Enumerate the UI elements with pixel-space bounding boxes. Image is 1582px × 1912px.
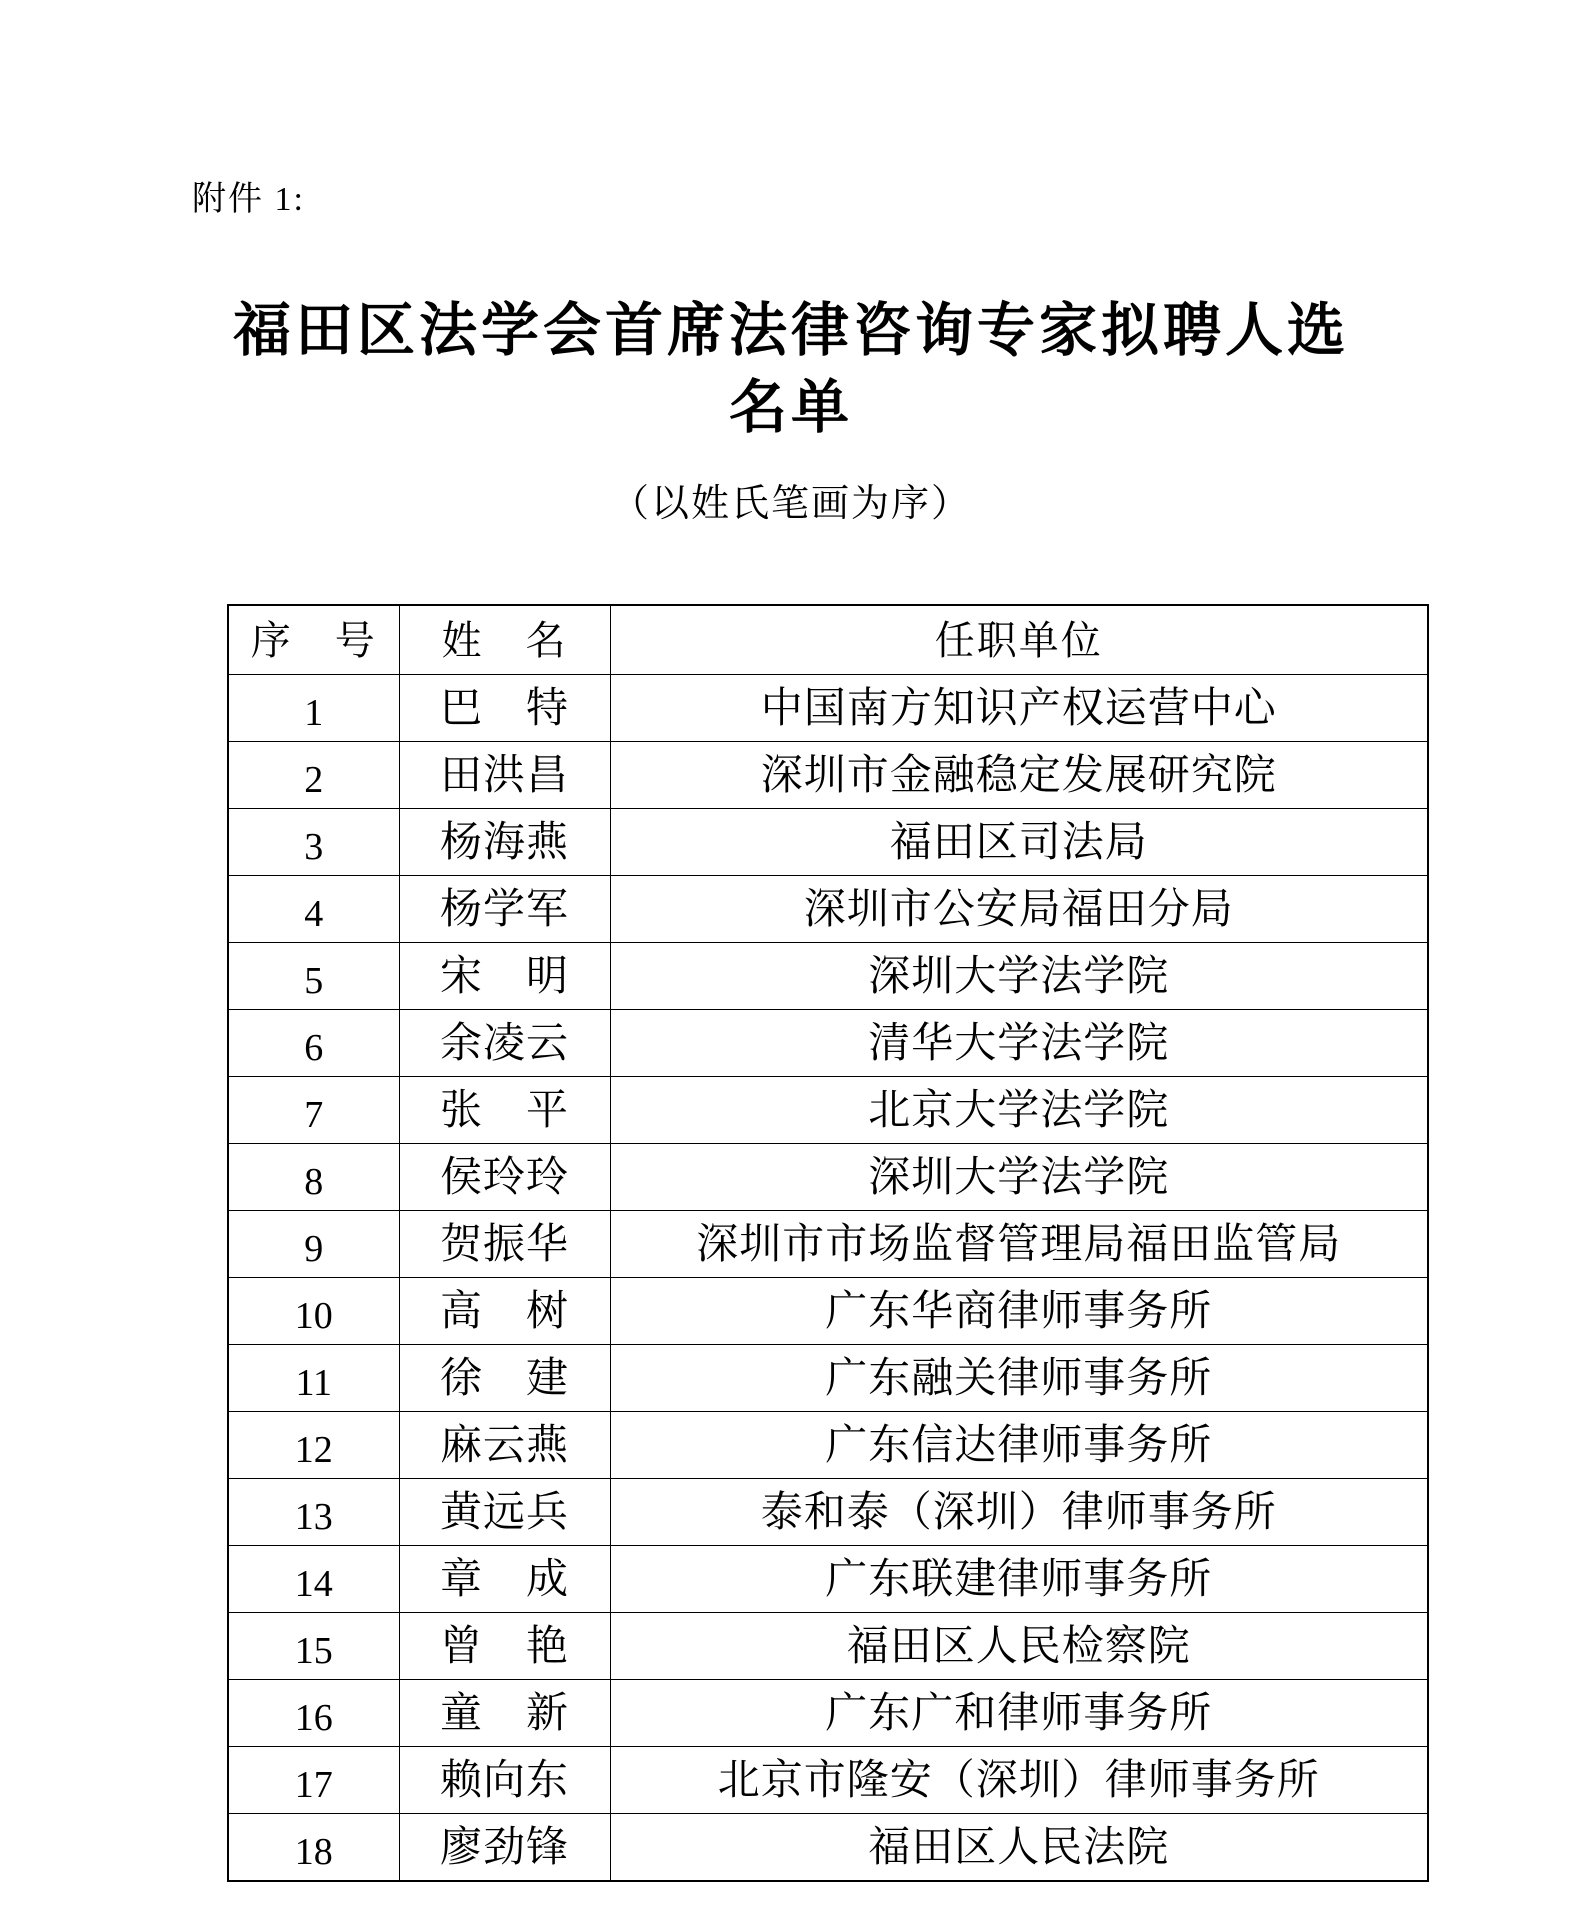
cell-serial-number: 10	[228, 1278, 399, 1345]
cell-serial-number: 18	[228, 1814, 399, 1882]
cell-serial-number: 5	[228, 943, 399, 1010]
document-title-line-1: 福田区法学会首席法律咨询专家拟聘人选	[0, 292, 1582, 369]
table-row: 17 赖向东 北京市隆安（深圳）律师事务所	[228, 1747, 1428, 1814]
cell-name: 余凌云	[399, 1010, 610, 1077]
table-row: 6 余凌云 清华大学法学院	[228, 1010, 1428, 1077]
cell-serial-number: 13	[228, 1479, 399, 1546]
cell-name: 童 新	[399, 1680, 610, 1747]
cell-organization: 北京市隆安（深圳）律师事务所	[610, 1747, 1428, 1814]
table-body: 1 巴 特 中国南方知识产权运营中心 2 田洪昌 深圳市金融稳定发展研究院 3 …	[228, 675, 1428, 1882]
header-organization: 任职单位	[610, 605, 1428, 675]
table-row: 4 杨学军 深圳市公安局福田分局	[228, 876, 1428, 943]
cell-name: 黄远兵	[399, 1479, 610, 1546]
cell-name: 麻云燕	[399, 1412, 610, 1479]
table-row: 2 田洪昌 深圳市金融稳定发展研究院	[228, 742, 1428, 809]
cell-serial-number: 9	[228, 1211, 399, 1278]
roster-table-header: 序 号 姓 名 任职单位	[228, 605, 1428, 675]
table-row: 11 徐 建 广东融关律师事务所	[228, 1345, 1428, 1412]
cell-name: 贺振华	[399, 1211, 610, 1278]
cell-serial-number: 8	[228, 1144, 399, 1211]
roster-table: 序 号 姓 名 任职单位 1 巴 特 中国南方知识产权运营中心 2 田洪昌 深圳…	[227, 604, 1429, 1882]
header-name: 姓 名	[399, 605, 610, 675]
cell-name: 杨学军	[399, 876, 610, 943]
table-row: 15 曾 艳 福田区人民检察院	[228, 1613, 1428, 1680]
cell-serial-number: 15	[228, 1613, 399, 1680]
cell-name: 侯玲玲	[399, 1144, 610, 1211]
header-row: 序 号 姓 名 任职单位	[228, 605, 1428, 675]
cell-organization: 福田区人民法院	[610, 1814, 1428, 1882]
cell-name: 曾 艳	[399, 1613, 610, 1680]
cell-organization: 清华大学法学院	[610, 1010, 1428, 1077]
cell-name: 张 平	[399, 1077, 610, 1144]
table-row: 16 童 新 广东广和律师事务所	[228, 1680, 1428, 1747]
cell-organization: 深圳市市场监督管理局福田监管局	[610, 1211, 1428, 1278]
cell-organization: 广东信达律师事务所	[610, 1412, 1428, 1479]
cell-organization: 广东广和律师事务所	[610, 1680, 1428, 1747]
cell-organization: 深圳市金融稳定发展研究院	[610, 742, 1428, 809]
header-serial-number: 序 号	[228, 605, 399, 675]
cell-name: 章 成	[399, 1546, 610, 1613]
table-row: 1 巴 特 中国南方知识产权运营中心	[228, 675, 1428, 742]
document-page: 附件 1: 福田区法学会首席法律咨询专家拟聘人选 名单 （以姓氏笔画为序） 序 …	[0, 0, 1582, 1912]
cell-name: 田洪昌	[399, 742, 610, 809]
table-row: 7 张 平 北京大学法学院	[228, 1077, 1428, 1144]
table-row: 9 贺振华 深圳市市场监督管理局福田监管局	[228, 1211, 1428, 1278]
cell-serial-number: 12	[228, 1412, 399, 1479]
document-title: 福田区法学会首席法律咨询专家拟聘人选 名单	[0, 292, 1582, 446]
cell-name: 徐 建	[399, 1345, 610, 1412]
cell-name: 宋 明	[399, 943, 610, 1010]
table-row: 10 高 树 广东华商律师事务所	[228, 1278, 1428, 1345]
cell-name: 高 树	[399, 1278, 610, 1345]
cell-organization: 中国南方知识产权运营中心	[610, 675, 1428, 742]
cell-name: 廖劲锋	[399, 1814, 610, 1882]
cell-serial-number: 7	[228, 1077, 399, 1144]
cell-serial-number: 6	[228, 1010, 399, 1077]
table-row: 14 章 成 广东联建律师事务所	[228, 1546, 1428, 1613]
cell-organization: 深圳大学法学院	[610, 943, 1428, 1010]
table-row: 13 黄远兵 泰和泰（深圳）律师事务所	[228, 1479, 1428, 1546]
table-row: 5 宋 明 深圳大学法学院	[228, 943, 1428, 1010]
cell-organization: 广东融关律师事务所	[610, 1345, 1428, 1412]
cell-serial-number: 3	[228, 809, 399, 876]
cell-serial-number: 4	[228, 876, 399, 943]
document-subtitle: （以姓氏笔画为序）	[0, 472, 1582, 527]
document-title-line-2: 名单	[0, 369, 1582, 446]
cell-organization: 泰和泰（深圳）律师事务所	[610, 1479, 1428, 1546]
cell-organization: 深圳市公安局福田分局	[610, 876, 1428, 943]
cell-serial-number: 17	[228, 1747, 399, 1814]
cell-serial-number: 2	[228, 742, 399, 809]
cell-serial-number: 16	[228, 1680, 399, 1747]
cell-name: 赖向东	[399, 1747, 610, 1814]
cell-organization: 深圳大学法学院	[610, 1144, 1428, 1211]
cell-serial-number: 11	[228, 1345, 399, 1412]
table-row: 12 麻云燕 广东信达律师事务所	[228, 1412, 1428, 1479]
cell-name: 杨海燕	[399, 809, 610, 876]
table-row: 8 侯玲玲 深圳大学法学院	[228, 1144, 1428, 1211]
cell-serial-number: 1	[228, 675, 399, 742]
cell-organization: 广东华商律师事务所	[610, 1278, 1428, 1345]
cell-organization: 广东联建律师事务所	[610, 1546, 1428, 1613]
cell-organization: 福田区司法局	[610, 809, 1428, 876]
attachment-label: 附件 1:	[192, 180, 305, 221]
table-row: 3 杨海燕 福田区司法局	[228, 809, 1428, 876]
cell-serial-number: 14	[228, 1546, 399, 1613]
cell-organization: 福田区人民检察院	[610, 1613, 1428, 1680]
cell-organization: 北京大学法学院	[610, 1077, 1428, 1144]
table-row: 18 廖劲锋 福田区人民法院	[228, 1814, 1428, 1882]
cell-name: 巴 特	[399, 675, 610, 742]
